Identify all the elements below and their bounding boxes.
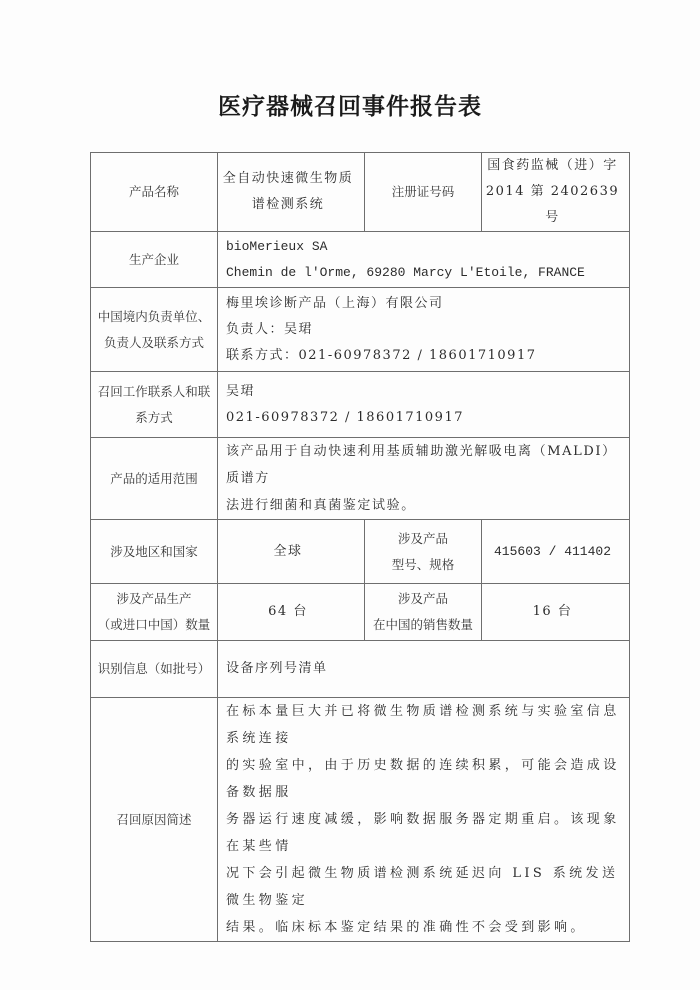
row-recall-contact: 召回工作联系人和联 系方式 吴珺 021-60978372 / 18601710…: [91, 372, 630, 438]
recall-reason-label: 召回原因简述: [91, 698, 218, 942]
domestic-responsible-value: 梅里埃诊断产品（上海）有限公司 负责人：吴珺 联系方式：021-60978372…: [218, 288, 630, 372]
row-domestic-responsible: 中国境内负责单位、 负责人及联系方式 梅里埃诊断产品（上海）有限公司 负责人：吴…: [91, 288, 630, 372]
manufacturer-name: bioMerieux SA: [226, 234, 623, 260]
label-line: （或进口中国）数量: [91, 612, 217, 638]
registration-number-label: 注册证号码: [365, 153, 482, 232]
identification-label: 识别信息（如批号）: [91, 641, 218, 698]
domestic-responsible-label: 中国境内负责单位、 负责人及联系方式: [91, 288, 218, 372]
model-numbers: 415603 / 411402: [494, 544, 611, 559]
product-name-label: 产品名称: [91, 153, 218, 232]
registration-number-line: 国食药监械（进）字: [482, 153, 623, 179]
manufacturer-value: bioMerieux SA Chemin de l'Orme, 69280 Ma…: [218, 232, 630, 288]
reason-line: 的实验室中，由于历史数据的连续积累，可能会造成设备数据服: [226, 752, 623, 806]
row-manufacturer: 生产企业 bioMerieux SA Chemin de l'Orme, 692…: [91, 232, 630, 288]
china-sales-value: 16 台: [482, 584, 630, 641]
label-line: 在中国的销售数量: [365, 612, 481, 638]
recall-contact-value: 吴珺 021-60978372 / 18601710917: [218, 372, 630, 438]
responsible-person: 负责人：吴珺: [226, 317, 623, 343]
document-title: 医疗器械召回事件报告表: [0, 88, 700, 121]
row-scope-of-use: 产品的适用范围 该产品用于自动快速利用基质辅助激光解吸电离（MALDI）质谱方 …: [91, 438, 630, 520]
row-product-name: 产品名称 全自动快速微生物质 谱检测系统 注册证号码 国食药监械（进）字 201…: [91, 153, 630, 232]
reason-line: 务器运行速度减缓，影响数据服务器定期重启。该现象在某些情: [226, 806, 623, 860]
china-sales-label: 涉及产品 在中国的销售数量: [365, 584, 482, 641]
reason-line: 况下会引起微生物质谱检测系统延迟向 LIS 系统发送微生物鉴定: [226, 860, 623, 914]
product-name-line: 全自动快速微生物质: [218, 166, 358, 192]
label-line: 涉及产品生产: [91, 586, 217, 612]
scope-of-use-label: 产品的适用范围: [91, 438, 218, 520]
label-line: 中国境内负责单位、: [91, 304, 217, 330]
reason-line: 在标本量巨大并已将微生物质谱检测系统与实验室信息系统连接: [226, 698, 623, 752]
scope-of-use-value: 该产品用于自动快速利用基质辅助激光解吸电离（MALDI）质谱方 法进行细菌和真菌…: [218, 438, 630, 520]
label-line: 涉及产品: [365, 586, 481, 612]
region-value: 全球: [218, 520, 365, 584]
production-quantity-label: 涉及产品生产 （或进口中国）数量: [91, 584, 218, 641]
label-line: 召回工作联系人和联: [91, 379, 217, 405]
scope-line: 该产品用于自动快速利用基质辅助激光解吸电离（MALDI）质谱方: [226, 438, 623, 492]
label-line: 型号、规格: [365, 552, 481, 578]
document-page: 医疗器械召回事件报告表 产品名称 全自动快速微生物质 谱检测系统 注册证号码 国…: [0, 0, 700, 990]
product-name-value: 全自动快速微生物质 谱检测系统: [218, 153, 365, 232]
reason-line: 结果。临床标本鉴定结果的准确性不会受到影响。: [226, 914, 623, 941]
region-label: 涉及地区和国家: [91, 520, 218, 584]
production-quantity-value: 64 台: [218, 584, 365, 641]
registration-number-value: 国食药监械（进）字 2014 第 2402639 号: [482, 153, 630, 232]
manufacturer-label: 生产企业: [91, 232, 218, 288]
row-quantities: 涉及产品生产 （或进口中国）数量 64 台 涉及产品 在中国的销售数量 16 台: [91, 584, 630, 641]
model-spec-value: 415603 / 411402: [482, 520, 630, 584]
contact-phone: 021-60978372 / 18601710917: [226, 405, 623, 431]
recall-reason-value: 在标本量巨大并已将微生物质谱检测系统与实验室信息系统连接 的实验室中，由于历史数…: [218, 698, 630, 942]
scope-line: 法进行细菌和真菌鉴定试验。: [226, 492, 623, 519]
recall-contact-label: 召回工作联系人和联 系方式: [91, 372, 218, 438]
contact-person: 吴珺: [226, 379, 623, 405]
label-line: 系方式: [91, 405, 217, 431]
contact-info: 联系方式：021-60978372 / 18601710917: [226, 343, 623, 369]
company-name: 梅里埃诊断产品（上海）有限公司: [226, 291, 623, 317]
row-recall-reason: 召回原因简述 在标本量巨大并已将微生物质谱检测系统与实验室信息系统连接 的实验室…: [91, 698, 630, 942]
model-spec-label: 涉及产品 型号、规格: [365, 520, 482, 584]
label-line: 负责人及联系方式: [91, 330, 217, 356]
registration-number-line: 2014 第 2402639 号: [482, 179, 623, 231]
identification-value: 设备序列号清单: [218, 641, 630, 698]
recall-report-table: 产品名称 全自动快速微生物质 谱检测系统 注册证号码 国食药监械（进）字 201…: [90, 152, 630, 942]
label-line: 涉及产品: [365, 526, 481, 552]
product-name-line: 谱检测系统: [218, 192, 358, 218]
row-region-model: 涉及地区和国家 全球 涉及产品 型号、规格 415603 / 411402: [91, 520, 630, 584]
manufacturer-address: Chemin de l'Orme, 69280 Marcy L'Etoile, …: [226, 260, 623, 286]
row-identification: 识别信息（如批号） 设备序列号清单: [91, 641, 630, 698]
